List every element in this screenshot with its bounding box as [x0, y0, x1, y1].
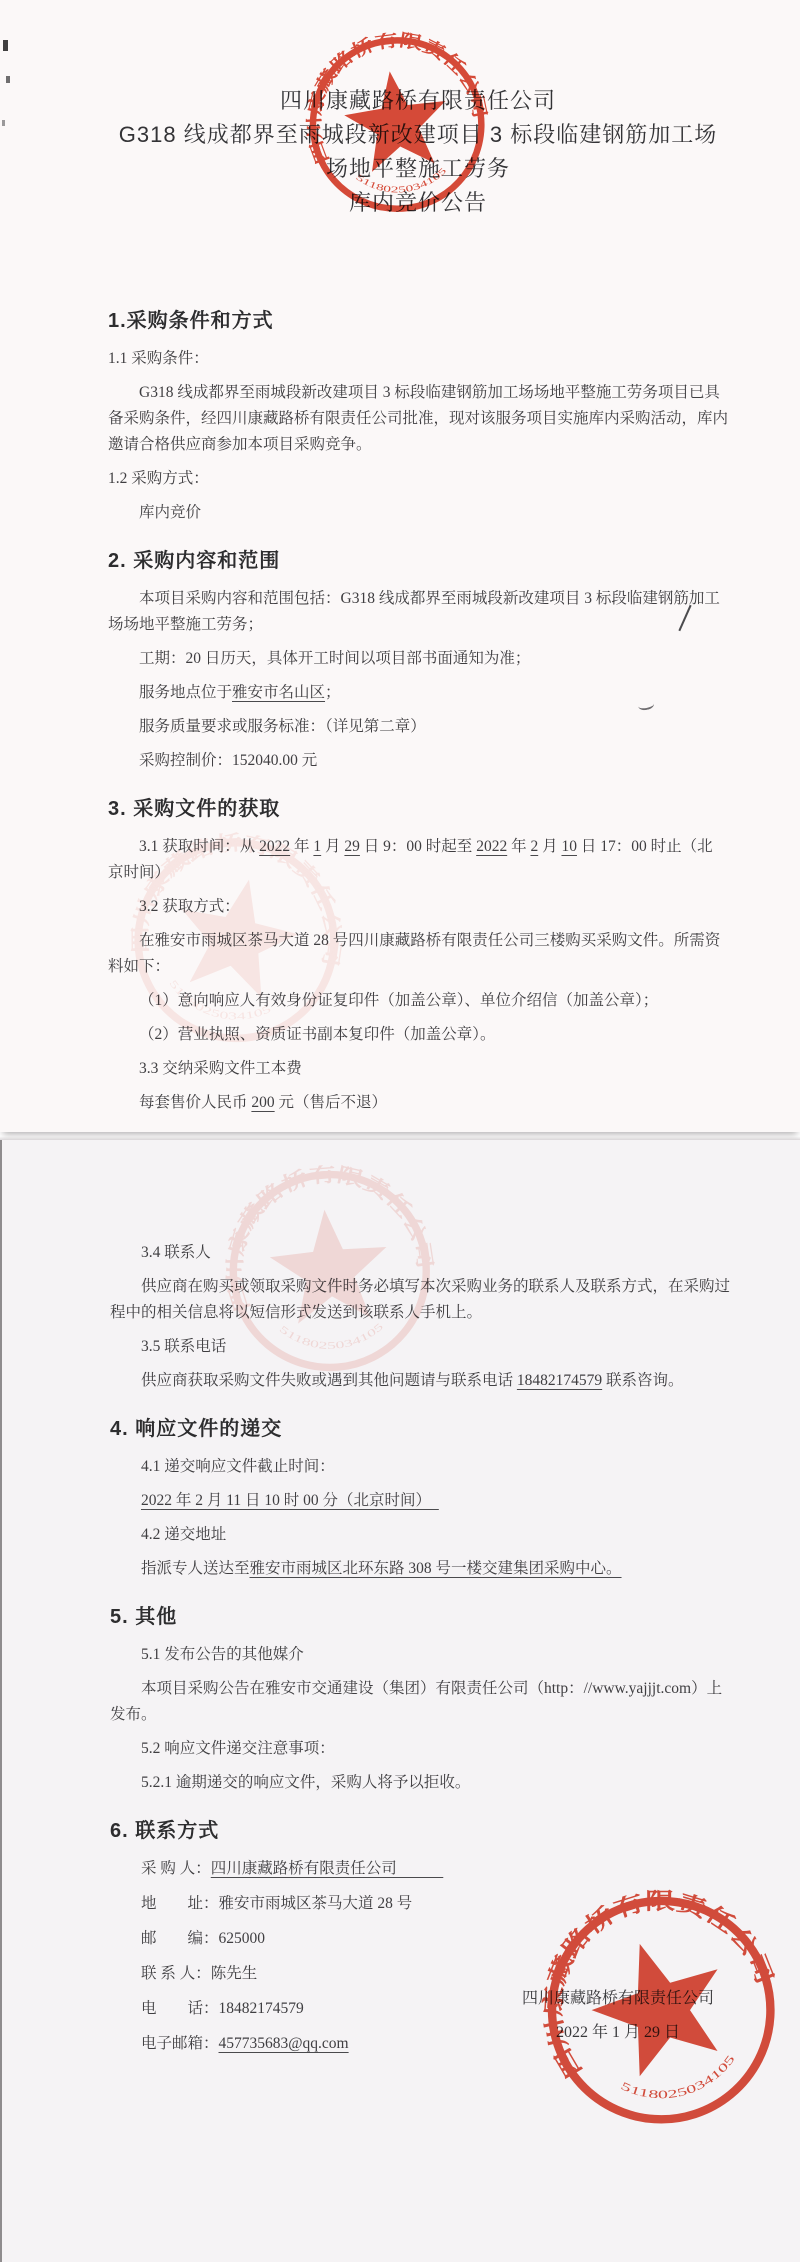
- signature-block: 四川康藏路桥有限责任公司 2022 年 1 月 29 日: [460, 1982, 776, 2050]
- doc-paragraph: 3.3 交纳采购文件工本费: [108, 1056, 728, 1082]
- page-2-body: 3.4 联系人供应商在购买或领取采购文件时务必填写本次采购业务的联系人及联系方式…: [110, 1240, 730, 2057]
- doc-paragraph: 4.2 递交地址: [110, 1522, 730, 1548]
- contact-row: 邮 编：625000: [141, 1926, 730, 1952]
- section-heading: 1.采购条件和方式: [108, 306, 728, 336]
- title-line: G318 线成都界至雨城段新改建项目 3 标段临建钢筋加工场: [108, 118, 728, 152]
- doc-paragraph: 本项目采购内容和范围包括：G318 线成都界至雨城段新改建项目 3 标段临建钢筋…: [108, 586, 728, 638]
- doc-paragraph: （1）意向响应人有效身份证复印件（加盖公章）、单位介绍信（加盖公章）；: [108, 988, 728, 1014]
- page-1-body: 1.采购条件和方式1.1 采购条件：G318 线成都界至雨城段新改建项目 3 标…: [108, 306, 728, 1116]
- doc-paragraph: 服务质量要求或服务标准：（详见第二章）: [108, 714, 728, 740]
- section-heading: 3. 采购文件的获取: [108, 794, 728, 824]
- doc-paragraph: G318 线成都界至雨城段新改建项目 3 标段临建钢筋加工场场地平整施工劳务项目…: [108, 380, 728, 458]
- contact-row: 采 购 人：四川康藏路桥有限责任公司: [141, 1856, 730, 1882]
- doc-paragraph: 服务地点位于雅安市名山区；: [108, 680, 728, 706]
- doc-paragraph: 采购控制价：152040.00 元: [108, 748, 728, 774]
- doc-paragraph: 5.2.1 逾期递交的响应文件，采购人将予以拒收。: [110, 1770, 730, 1796]
- section-heading: 5. 其他: [110, 1602, 730, 1632]
- doc-paragraph: 本项目采购公告在雅安市交通建设（集团）有限责任公司（http：//www.yaj…: [110, 1676, 730, 1728]
- doc-paragraph: （2）营业执照、资质证书副本复印件（加盖公章）。: [108, 1022, 728, 1048]
- page-1: 四川康藏路桥有限责任公司G318 线成都界至雨城段新改建项目 3 标段临建钢筋加…: [0, 0, 800, 1132]
- doc-paragraph: 3.5 联系电话: [110, 1334, 730, 1360]
- title-line: 四川康藏路桥有限责任公司: [108, 84, 728, 118]
- doc-paragraph: 供应商获取采购文件失败或遇到其他问题请与联系电话 18482174579 联系咨…: [110, 1368, 730, 1394]
- doc-paragraph: 3.4 联系人: [110, 1240, 730, 1266]
- doc-paragraph: 供应商在购买或领取采购文件时务必填写本次采购业务的联系人及联系方式，在采购过程中…: [110, 1274, 730, 1326]
- doc-paragraph: 1.2 采购方式：: [108, 466, 728, 492]
- doc-paragraph: 1.1 采购条件：: [108, 346, 728, 372]
- title-line: 库内竞价公告: [108, 186, 728, 220]
- doc-paragraph: 3.2 获取方式：: [108, 894, 728, 920]
- section-heading: 4. 响应文件的递交: [110, 1414, 730, 1444]
- doc-paragraph: 在雅安市雨城区茶马大道 28 号四川康藏路桥有限责任公司三楼购买采购文件。所需资…: [108, 928, 728, 980]
- doc-paragraph: 5.2 响应文件递交注意事项：: [110, 1736, 730, 1762]
- doc-paragraph: 库内竞价: [108, 500, 728, 526]
- doc-paragraph: 4.1 递交响应文件截止时间：: [110, 1454, 730, 1480]
- signature-company: 四川康藏路桥有限责任公司: [460, 1982, 776, 2016]
- doc-paragraph: 每套售价人民币 200 元（售后不退）: [108, 1090, 728, 1116]
- page-2: 3.4 联系人供应商在购买或领取采购文件时务必填写本次采购业务的联系人及联系方式…: [0, 1140, 800, 2262]
- contact-row: 地 址：雅安市雨城区茶马大道 28 号: [141, 1891, 730, 1917]
- doc-paragraph: 3.1 获取时间：从 2022 年 1 月 29 日 9：00 时起至 2022…: [108, 834, 728, 886]
- section-heading: 6. 联系方式: [110, 1816, 730, 1846]
- title-line: 场地平整施工劳务: [108, 152, 728, 186]
- doc-paragraph: 2022 年 2 月 11 日 10 时 00 分（北京时间）: [110, 1488, 730, 1514]
- document-title: 四川康藏路桥有限责任公司G318 线成都界至雨城段新改建项目 3 标段临建钢筋加…: [108, 0, 728, 220]
- section-heading: 2. 采购内容和范围: [108, 546, 728, 576]
- signature-date: 2022 年 1 月 29 日: [460, 2016, 776, 2050]
- doc-paragraph: 5.1 发布公告的其他媒介: [110, 1642, 730, 1668]
- doc-paragraph: 指派专人送达至雅安市雨城区北环东路 308 号一楼交建集团采购中心。: [110, 1556, 730, 1582]
- doc-paragraph: 工期：20 日历天，具体开工时间以项目部书面通知为准；: [108, 646, 728, 672]
- page-break-gap: [0, 1132, 800, 1140]
